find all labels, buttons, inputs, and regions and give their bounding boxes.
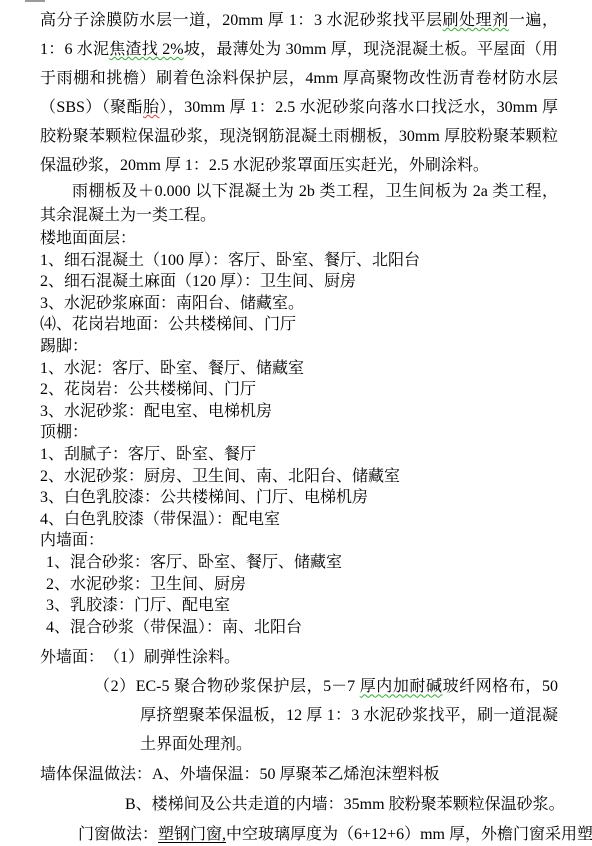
floor-finish-item: ⑷、花岗岩地面：公共楼梯间、门厅 — [40, 314, 558, 336]
interior-wall-item: 4、混合砂浆（带保温）：南、北阳台 — [40, 617, 558, 639]
spellcheck-green-underline: 刷处理剂 — [443, 12, 509, 29]
skirting-item: 3、水泥砂浆：配电室、电梯机房 — [40, 401, 558, 423]
skirting-header: 踢脚： — [40, 336, 558, 358]
interior-wall-item: 3、乳胶漆：门厅、配电室 — [40, 595, 558, 617]
spellcheck-red-underline: 胎 — [143, 99, 159, 116]
interior-wall-item: 2、水泥砂浆：卫生间、厨房 — [40, 574, 558, 596]
floor-finish-item: 1、细石混凝土（100 厚）：客厅、卧室、餐厅、北阳台 — [40, 250, 558, 272]
windows-text: 中空玻璃厚度为（6+12+6）mm 厚，外檐门窗采用塑钢 — [226, 826, 592, 843]
interior-wall-header: 内墙面： — [40, 530, 558, 552]
spellcheck-green-underline: 焦渣找 2% — [109, 41, 183, 58]
doors-windows-method: 门窗做法：塑钢门窗,中空玻璃厚度为（6+12+6）mm 厚，外檐门窗采用塑钢 — [40, 820, 558, 846]
floor-finish-item: 3、水泥砂浆麻面：南阳台、储藏室。 — [40, 293, 558, 315]
ceiling-item: 3、白色乳胶漆：公共楼梯间、门厅、电梯机房 — [40, 487, 558, 509]
roofing-text-1: 高分子涂膜防水层一道，20mm 厚 1：3 水泥砂浆找平层 — [40, 12, 443, 29]
document-text-column: 高分子涂膜防水层一道，20mm 厚 1：3 水泥砂浆找平层刷处理剂一遍，1：6 … — [40, 0, 558, 846]
floor-finishes-header: 楼地面面层： — [40, 228, 558, 250]
document-page: 高分子涂膜防水层一道，20mm 厚 1：3 水泥砂浆找平层刷处理剂一遍，1：6 … — [0, 0, 592, 846]
paragraph-roofing-spec: 高分子涂膜防水层一道，20mm 厚 1：3 水泥砂浆找平层刷处理剂一遍，1：6 … — [40, 6, 558, 180]
ceiling-item: 4、白色乳胶漆（带保温）：配电室 — [40, 509, 558, 531]
floor-finish-item: 2、细石混凝土麻面（120 厚）：卫生间、厨房 — [40, 271, 558, 293]
exterior-wall-item-2: （2）EC-5 聚合物砂浆保护层，5－7 厚内加耐碱玻纤网格布，50 厚挤塑聚苯… — [140, 672, 558, 759]
windows-label: 门窗做法： — [78, 826, 158, 843]
ceiling-item: 1、刮腻子：客厅、卧室、餐厅 — [40, 444, 558, 466]
spellcheck-green-underline: 厚内加耐碱 — [360, 678, 443, 695]
paragraph-concrete-class: 雨棚板及＋0.000 以下混凝土为 2b 类工程，卫生间板为 2a 类工程，其余… — [40, 180, 558, 228]
underlined-text: 塑钢门窗, — [158, 826, 226, 843]
ceiling-item: 2、水泥砂浆：厨房、卫生间、南、北阳台、储藏室 — [40, 466, 558, 488]
wall-insulation-method-a: 墙体保温做法：A、外墙保温：50 厚聚苯乙烯泡沫塑料板 — [40, 760, 558, 790]
exterior-wall-item-1: 外墙面： （1）刷弹性涂料。 — [40, 643, 558, 672]
skirting-item: 2、花岗岩：公共楼梯间、门厅 — [40, 379, 558, 401]
ceiling-header: 顶棚： — [40, 422, 558, 444]
interior-wall-item: 1、混合砂浆：客厅、卧室、餐厅、储藏室 — [40, 552, 558, 574]
wall-insulation-method-b: B、楼梯间及公共走道的内墙：35mm 胶粉聚苯颗粒保温砂浆。 — [125, 790, 558, 820]
skirting-item: 1、水泥：客厅、卧室、餐厅、储藏室 — [40, 358, 558, 380]
exterior-text-1: （2）EC-5 聚合物砂浆保护层，5－7 — [94, 678, 360, 695]
